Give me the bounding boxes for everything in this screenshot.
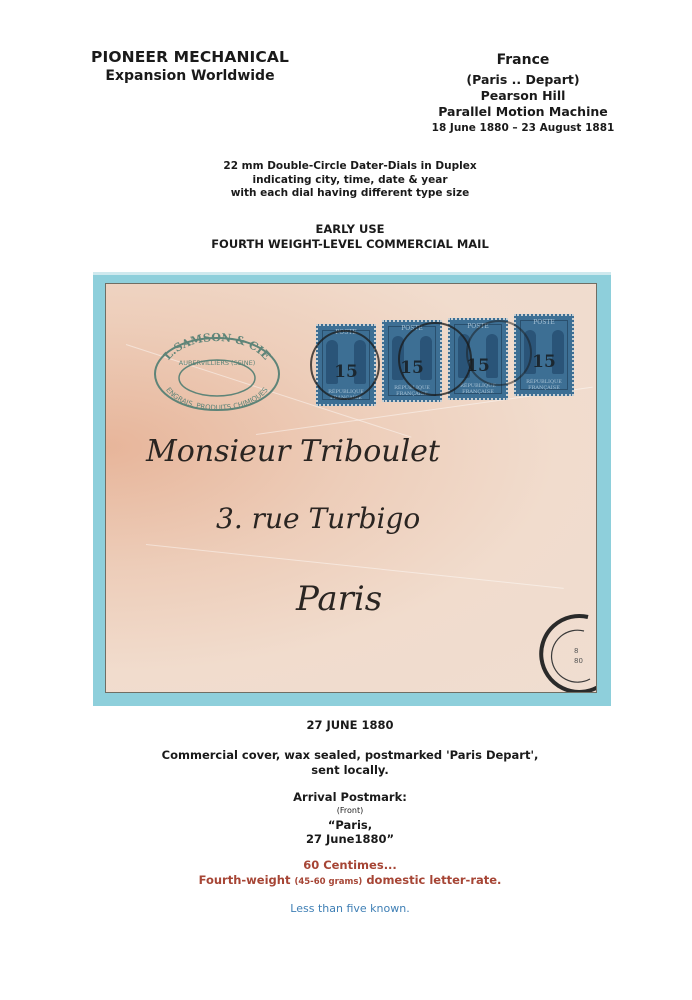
country: France [408,52,638,68]
stamp-strip: POSTE 15 RÉPUBLIQUE FRANÇAISE POSTE 15 R… [316,308,586,408]
rate-amount: 60 Centimes... [130,858,570,873]
rate-description: Fourth-weight (45-60 grams) domestic let… [130,873,570,890]
description-line: indicating city, time, date & year [150,174,550,188]
exhibit-header-left: PIONEER MECHANICAL Expansion Worldwide [70,48,310,84]
classification-line: FOURTH WEIGHT-LEVEL COMMERCIAL MAIL [150,237,550,252]
description-line: 22 mm Double-Circle Dater-Dials in Duple… [150,160,550,174]
arrival-line: 27 June1880” [200,832,500,846]
cachet-line3: ENGRAIS, PRODUITS CHIMIQUES [164,386,270,412]
rate-suffix: domestic letter-rate. [362,873,501,887]
stamp-bottom: RÉPUBLIQUE FRANÇAISE [516,379,572,391]
stamp-top: POSTE [516,319,572,326]
cover-note: Commercial cover, wax sealed, postmarked… [130,748,570,778]
classification-line: EARLY USE [150,222,550,237]
cachet-line1: L.SAMSON & CIE [161,332,273,362]
svg-text:80: 80 [574,657,583,665]
arrival-info: Arrival Postmark: (Front) “Paris, 27 Jun… [200,790,500,846]
arrival-postmark: 8 80 [526,609,597,693]
exhibit-subtitle: Expansion Worldwide [70,68,310,84]
address-line-1: Monsieur Triboulet [146,434,440,469]
rarity-note: Less than five known. [200,902,500,915]
svg-text:L.SAMSON & CIE: L.SAMSON & CIE [161,332,273,362]
cover-mount: L.SAMSON & CIE AUBERVILLIERS (SEINE) ENG… [93,272,611,706]
svg-text:8: 8 [574,647,578,655]
arrival-label: Arrival Postmark: [200,790,500,804]
company-cachet: L.SAMSON & CIE AUBERVILLIERS (SEINE) ENG… [152,332,282,412]
office: (Paris .. Depart) [408,72,638,88]
arrival-line: “Paris, [200,818,500,832]
description-line: with each dial having different type siz… [150,187,550,201]
machine-maker: Pearson Hill [408,88,638,104]
usage-period: 18 June 1880 – 23 August 1881 [408,122,638,134]
arrival-position: (Front) [200,804,500,818]
postal-rate: 60 Centimes... Fourth-weight (45-60 gram… [130,858,570,890]
postmark-circle [398,322,472,396]
postmark-circle [466,320,532,386]
envelope-cover: L.SAMSON & CIE AUBERVILLIERS (SEINE) ENG… [105,283,597,693]
classification: EARLY USE FOURTH WEIGHT-LEVEL COMMERCIAL… [150,222,550,252]
rate-prefix: Fourth-weight [199,873,295,887]
rate-weight: (45-60 grams) [294,877,362,887]
postmark-description: 22 mm Double-Circle Dater-Dials in Duple… [150,160,550,201]
exhibit-header-right: France (Paris .. Depart) Pearson Hill Pa… [408,52,638,134]
postmark-circle [310,330,380,400]
cover-date: 27 JUNE 1880 [200,718,500,732]
exhibit-title: PIONEER MECHANICAL [70,48,310,66]
note-line: Commercial cover, wax sealed, postmarked… [130,748,570,763]
svg-text:ENGRAIS, PRODUITS CHIMIQUES: ENGRAIS, PRODUITS CHIMIQUES [164,386,270,412]
address-line-3: Paris [296,579,382,619]
cachet-line2: AUBERVILLIERS (SEINE) [179,359,255,367]
note-line: sent locally. [130,763,570,778]
address-line-2: 3. rue Turbigo [216,502,420,535]
machine-type: Parallel Motion Machine [408,104,638,120]
